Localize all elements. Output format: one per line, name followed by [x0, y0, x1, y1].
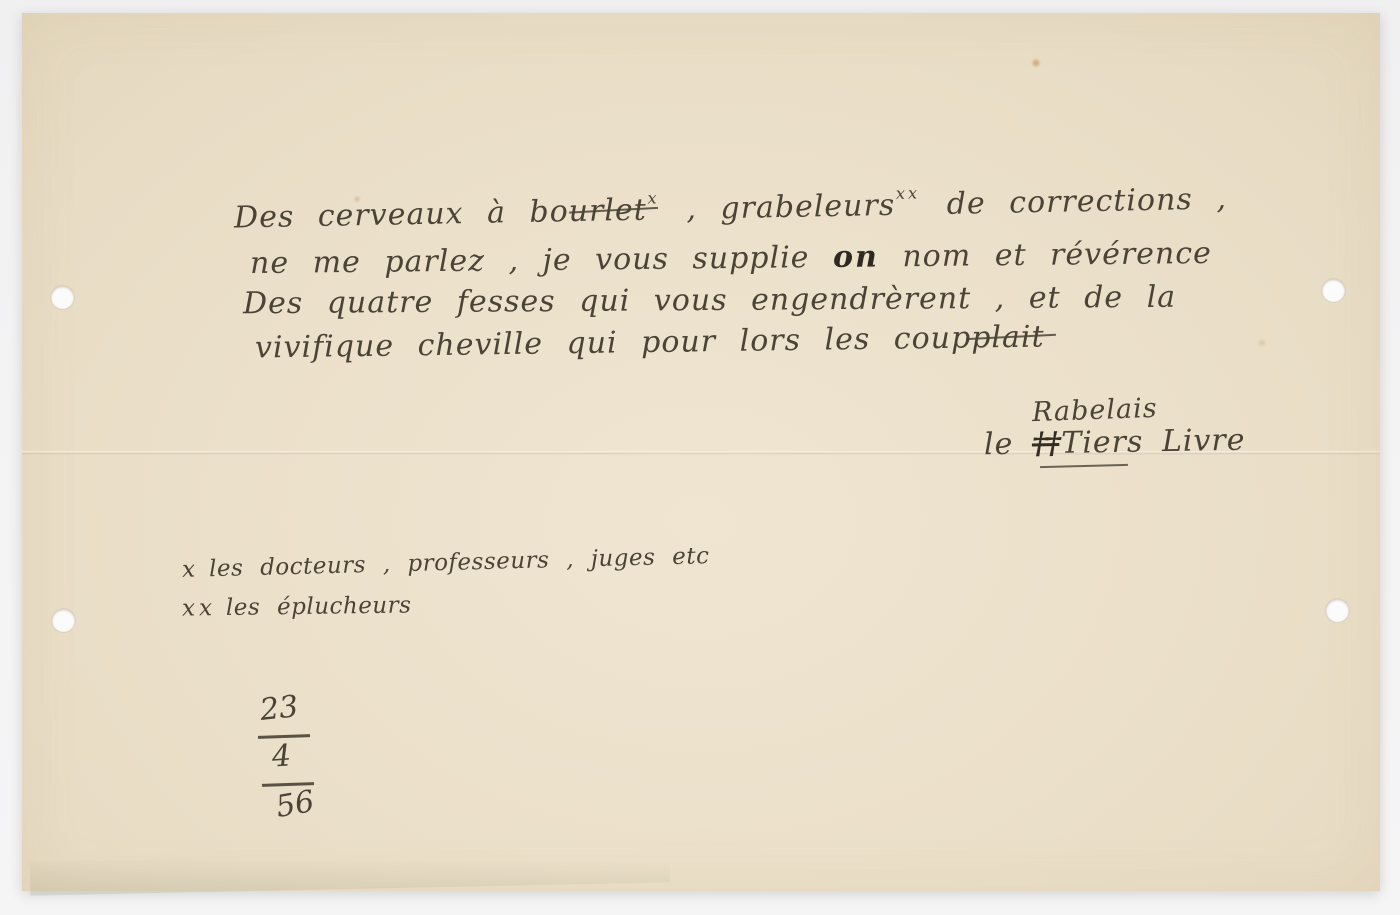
quote-word-bourlet-struck: bourlet	[529, 193, 647, 230]
quote-word-coupplait-struck: coupplait	[894, 319, 1045, 356]
quote-line-2-end: nom et révérence	[879, 236, 1212, 274]
quote-line-4: vivifique cheville qui pour lors les cou…	[255, 319, 1045, 365]
manuscript-page: Des cerveaux à bourletx , grabeleursxx d…	[22, 13, 1380, 891]
quote-line-1-start: Des cerveaux à	[234, 195, 530, 236]
punch-hole-right-lower	[1326, 599, 1349, 622]
attribution-work-title: Tiers Livre	[1061, 423, 1246, 461]
quote-line-2: ne me parlez , je vous supplie on nom et…	[250, 236, 1212, 281]
quote-line-1: Des cerveaux à bourletx , grabeleursxx d…	[234, 181, 1227, 235]
footnote-mark-double: xx	[896, 183, 920, 202]
attribution-underline	[1040, 464, 1128, 468]
quote-line-2-start: ne me parlez , je vous supplie	[250, 240, 833, 281]
footnote-2-text: les éplucheurs	[226, 592, 412, 621]
attribution-crossed-out-scribble: ††	[1032, 426, 1060, 461]
quote-line-1-end: de corrections ,	[923, 181, 1227, 222]
attribution-work: le ††Tiers Livre	[984, 423, 1246, 463]
scan-background: Des cerveaux à bourletx , grabeleursxx d…	[0, 0, 1400, 915]
footnote-1-marker: x	[182, 556, 200, 582]
quote-line-3: Des quatre fesses qui vous engendrèrent …	[243, 280, 1176, 322]
footnote-2-marker: xx	[182, 595, 216, 621]
punch-hole-right-upper	[1322, 279, 1345, 302]
attribution-work-prefix: le	[984, 426, 1032, 462]
bottom-edge-smudge	[30, 848, 671, 895]
punch-hole-left-lower	[52, 609, 75, 632]
punch-hole-left-upper	[51, 286, 74, 309]
quote-word-on-retraced: on	[833, 239, 879, 274]
footnote-mark-single: x	[647, 188, 659, 207]
footnote-1: xles docteurs , professeurs , juges etc	[182, 543, 710, 583]
attribution-author: Rabelais	[1031, 393, 1158, 428]
date-year: 56	[273, 784, 317, 825]
footnote-1-text: les docteurs , professeurs , juges etc	[209, 543, 710, 582]
quote-line-1-middle: , grabeleurs	[662, 188, 895, 227]
footnote-2: xxles éplucheurs	[182, 592, 412, 621]
quote-line-4-start: vivifique cheville qui pour lors les	[255, 322, 894, 366]
date-stack: 23 4 56	[250, 691, 320, 841]
date-month: 4	[271, 738, 292, 774]
date-day: 23	[258, 689, 300, 728]
